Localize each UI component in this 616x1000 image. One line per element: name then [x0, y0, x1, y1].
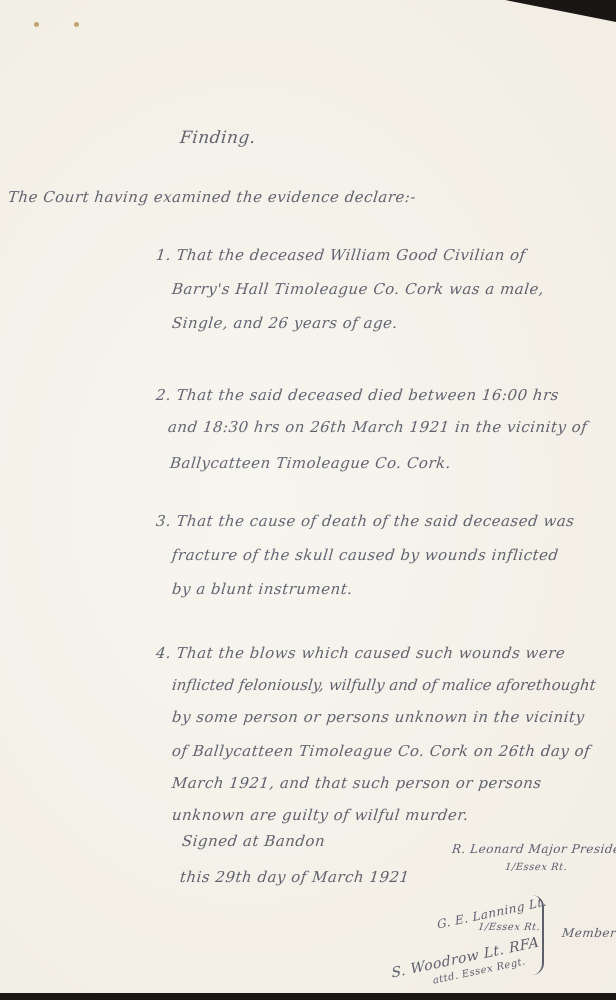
stain-mark: [74, 22, 79, 27]
intro-text: The Court having examined the evidence d…: [7, 188, 417, 206]
stain-mark: [34, 22, 39, 27]
finding-line: 1. That the deceased William Good Civili…: [155, 246, 527, 264]
finding-line: March 1921, and that such person or pers…: [171, 774, 543, 792]
president-signature: R. Leonard Major President: [451, 842, 616, 856]
finding-line: fracture of the skull caused by wounds i…: [171, 546, 560, 564]
document-page: Finding. The Court having examined the e…: [0, 0, 616, 993]
finding-line: Single, and 26 years of age.: [171, 314, 399, 332]
members-label: Members.: [561, 926, 616, 940]
finding-line: by a blunt instrument.: [171, 580, 354, 598]
president-unit: 1/Essex Rt.: [504, 862, 567, 873]
finding-line: of Ballycatteen Timoleague Co. Cork on 2…: [171, 742, 591, 760]
finding-line: by some person or persons unknown in the…: [171, 708, 585, 726]
finding-line: 3. That the cause of death of the said d…: [155, 512, 575, 530]
finding-line: inflicted feloniously, wilfully and of m…: [171, 676, 597, 694]
finding-line: 2. That the said deceased died between 1…: [155, 386, 560, 404]
signed-date: this 29th day of March 1921: [179, 868, 411, 886]
document-title: Finding.: [179, 128, 257, 148]
signed-place: Signed at Bandon: [181, 832, 326, 850]
members-brace: [528, 895, 544, 975]
finding-line: 4. That the blows which caused such woun…: [155, 644, 566, 662]
finding-line: Ballycatteen Timoleague Co. Cork.: [169, 454, 452, 472]
finding-line: Barry's Hall Timoleague Co. Cork was a m…: [171, 280, 545, 298]
scan-edge: [0, 993, 616, 1000]
finding-line: and 18:30 hrs on 26th March 1921 in the …: [167, 418, 588, 436]
finding-line: unknown are guilty of wilful murder.: [171, 806, 470, 824]
